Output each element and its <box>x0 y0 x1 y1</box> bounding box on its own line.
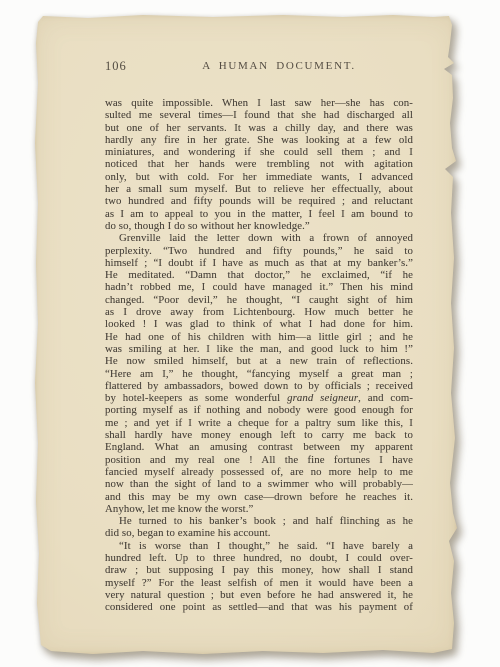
text-line: perplexity. “Two hundred and fifty pound… <box>105 245 413 257</box>
book-page-wrap: 106 A HUMAN DOCUMENT. was quite impossib… <box>33 13 460 657</box>
text-line: changed. “Poor devil,” he thought, “I ca… <box>105 294 413 306</box>
text-line: did so, began to examine his account. <box>105 527 413 539</box>
text-line: England. What an amusing contrast betwee… <box>105 441 413 453</box>
text-segment: by hotel-keepers as some wonderful <box>105 392 287 404</box>
text-line: looked ! I was glad to think of what I h… <box>105 318 413 330</box>
text-line: “It is worse than I thought,” he said. “… <box>105 540 413 552</box>
text-line: He now smiled himself, but at a new trai… <box>105 355 413 367</box>
text-line: He turned to his banker’s book ; and hal… <box>105 515 413 527</box>
text-line: shall hardly have money enough left to c… <box>105 429 413 441</box>
text-line: Anyhow, let me know the worst.” <box>105 503 413 515</box>
text-line: hadn’t robbed me, I could have managed i… <box>105 281 413 293</box>
text-line: hundred left. Up to three hundred, no do… <box>105 552 413 564</box>
text-line: hardly any fire in her grate. She was lo… <box>105 134 413 146</box>
text-line: He meditated. “Damn that doctor,” he exc… <box>105 269 413 281</box>
page-text: was quite impossible. When I last saw he… <box>105 97 413 613</box>
text-line: flattered by ambassadors, bowed down to … <box>105 380 413 392</box>
text-line: noticed that her hands were trembling no… <box>105 158 413 170</box>
text-line: Grenville laid the letter down with a fr… <box>105 232 413 244</box>
text-line: her a small sum myself. But to relieve h… <box>105 183 413 195</box>
text-line: as I drove away from Lichtenbourg. How m… <box>105 306 413 318</box>
text-line: now than the sight of land to a swimmer … <box>105 478 413 490</box>
text-line: and this may be my own case—drown before… <box>105 491 413 503</box>
text-line: but one of her servants. It was a chilly… <box>105 122 413 134</box>
text-line: very natural question ; but even before … <box>105 589 413 601</box>
book-page: 106 A HUMAN DOCUMENT. was quite impossib… <box>33 13 460 657</box>
text-line: sulted me several times—I found that she… <box>105 109 413 121</box>
text-line: only, but with cold. For her immediate w… <box>105 171 413 183</box>
text-segment: , and com- <box>358 392 413 404</box>
text-line: two hundred and fifty pounds will be req… <box>105 195 413 207</box>
text-line: draw ; but supposing I pay this money, h… <box>105 564 413 576</box>
text-line: “Here am I,” he thought, “fancying mysel… <box>105 368 413 380</box>
text-line: position and my real one ! All the fine … <box>105 454 413 466</box>
text-line: myself ?” For the least selfish of men i… <box>105 577 413 589</box>
text-line: He had one of his children with him—a li… <box>105 331 413 343</box>
running-title: A HUMAN DOCUMENT. <box>105 60 413 72</box>
text-line: was quite impossible. When I last saw he… <box>105 97 413 109</box>
scan-background: 106 A HUMAN DOCUMENT. was quite impossib… <box>0 0 500 667</box>
text-line: was smiling at her. I like the man, and … <box>105 343 413 355</box>
text-line: porting myself as if nothing and nobody … <box>105 404 413 416</box>
text-line: as I am to appeal to you in the matter, … <box>105 208 413 220</box>
text-line: himself ; “I doubt if I have as much as … <box>105 257 413 269</box>
text-line: fancied myself already possessed of, are… <box>105 466 413 478</box>
running-header: 106 A HUMAN DOCUMENT. <box>105 59 413 75</box>
text-line: do so, though I do so without her knowle… <box>105 220 413 232</box>
text-line: miniatures, and wondering if she could s… <box>105 146 413 158</box>
italic-phrase: grand seigneur <box>287 392 358 404</box>
text-line: me ; and yet if I write a cheque for a p… <box>105 417 413 429</box>
text-line: considered one point as settled—and that… <box>105 601 413 613</box>
text-line: by hotel-keepers as some wonderful grand… <box>105 392 413 404</box>
